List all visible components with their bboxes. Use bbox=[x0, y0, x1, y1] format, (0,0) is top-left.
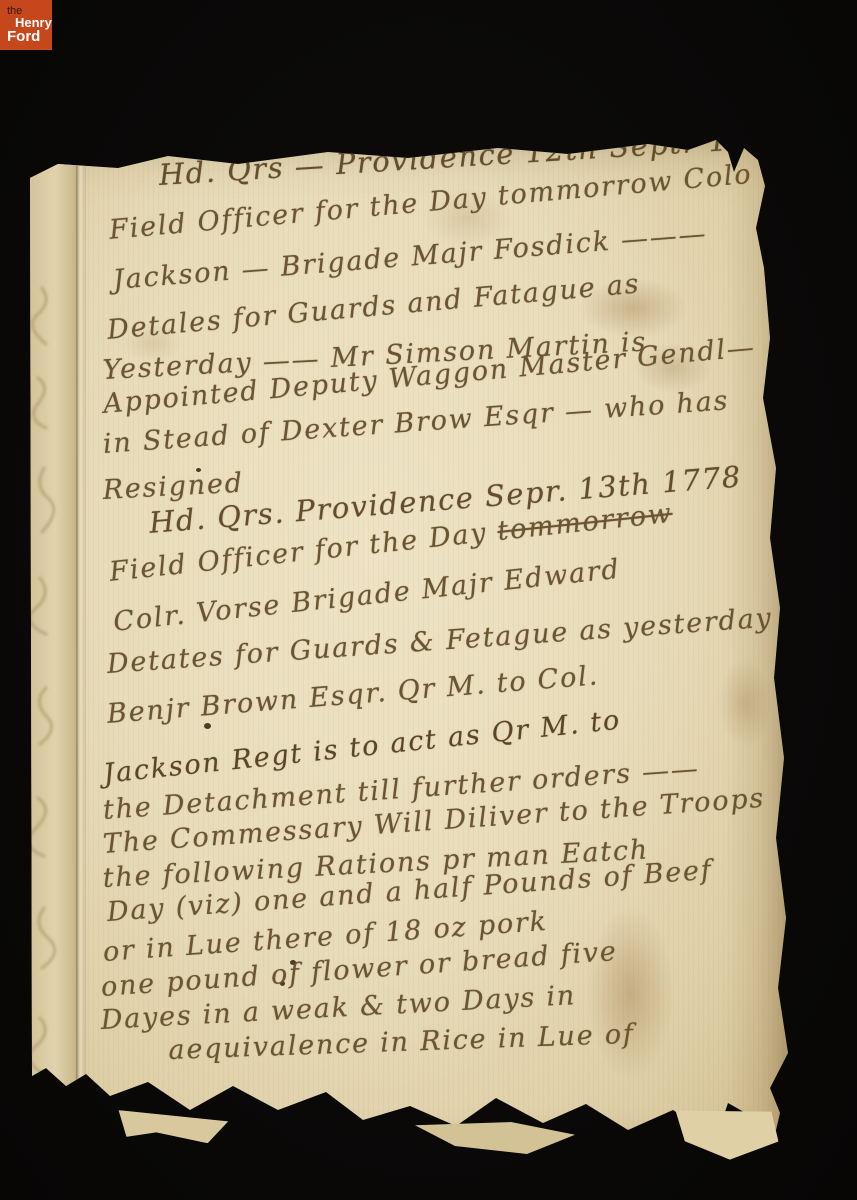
paper-stain bbox=[718, 658, 773, 748]
photo-background: the Henry Ford bbox=[0, 0, 857, 1200]
right-edge-shading bbox=[724, 138, 794, 1170]
torn-paper-fragment bbox=[415, 1122, 575, 1154]
paper-stain bbox=[588, 908, 673, 1078]
logo-word-ford: Ford bbox=[7, 29, 40, 44]
bleedthrough-ghost-text bbox=[28, 258, 78, 1138]
torn-paper-fragment bbox=[118, 1110, 229, 1144]
page-fold-crease bbox=[76, 138, 86, 1170]
ink-speck bbox=[204, 723, 211, 729]
facing-page-edge bbox=[28, 138, 78, 1170]
henry-ford-logo: the Henry Ford bbox=[0, 0, 52, 50]
manuscript-page: Hd. Qrs — Providence 12th Septr 1778 Fie… bbox=[28, 138, 794, 1170]
